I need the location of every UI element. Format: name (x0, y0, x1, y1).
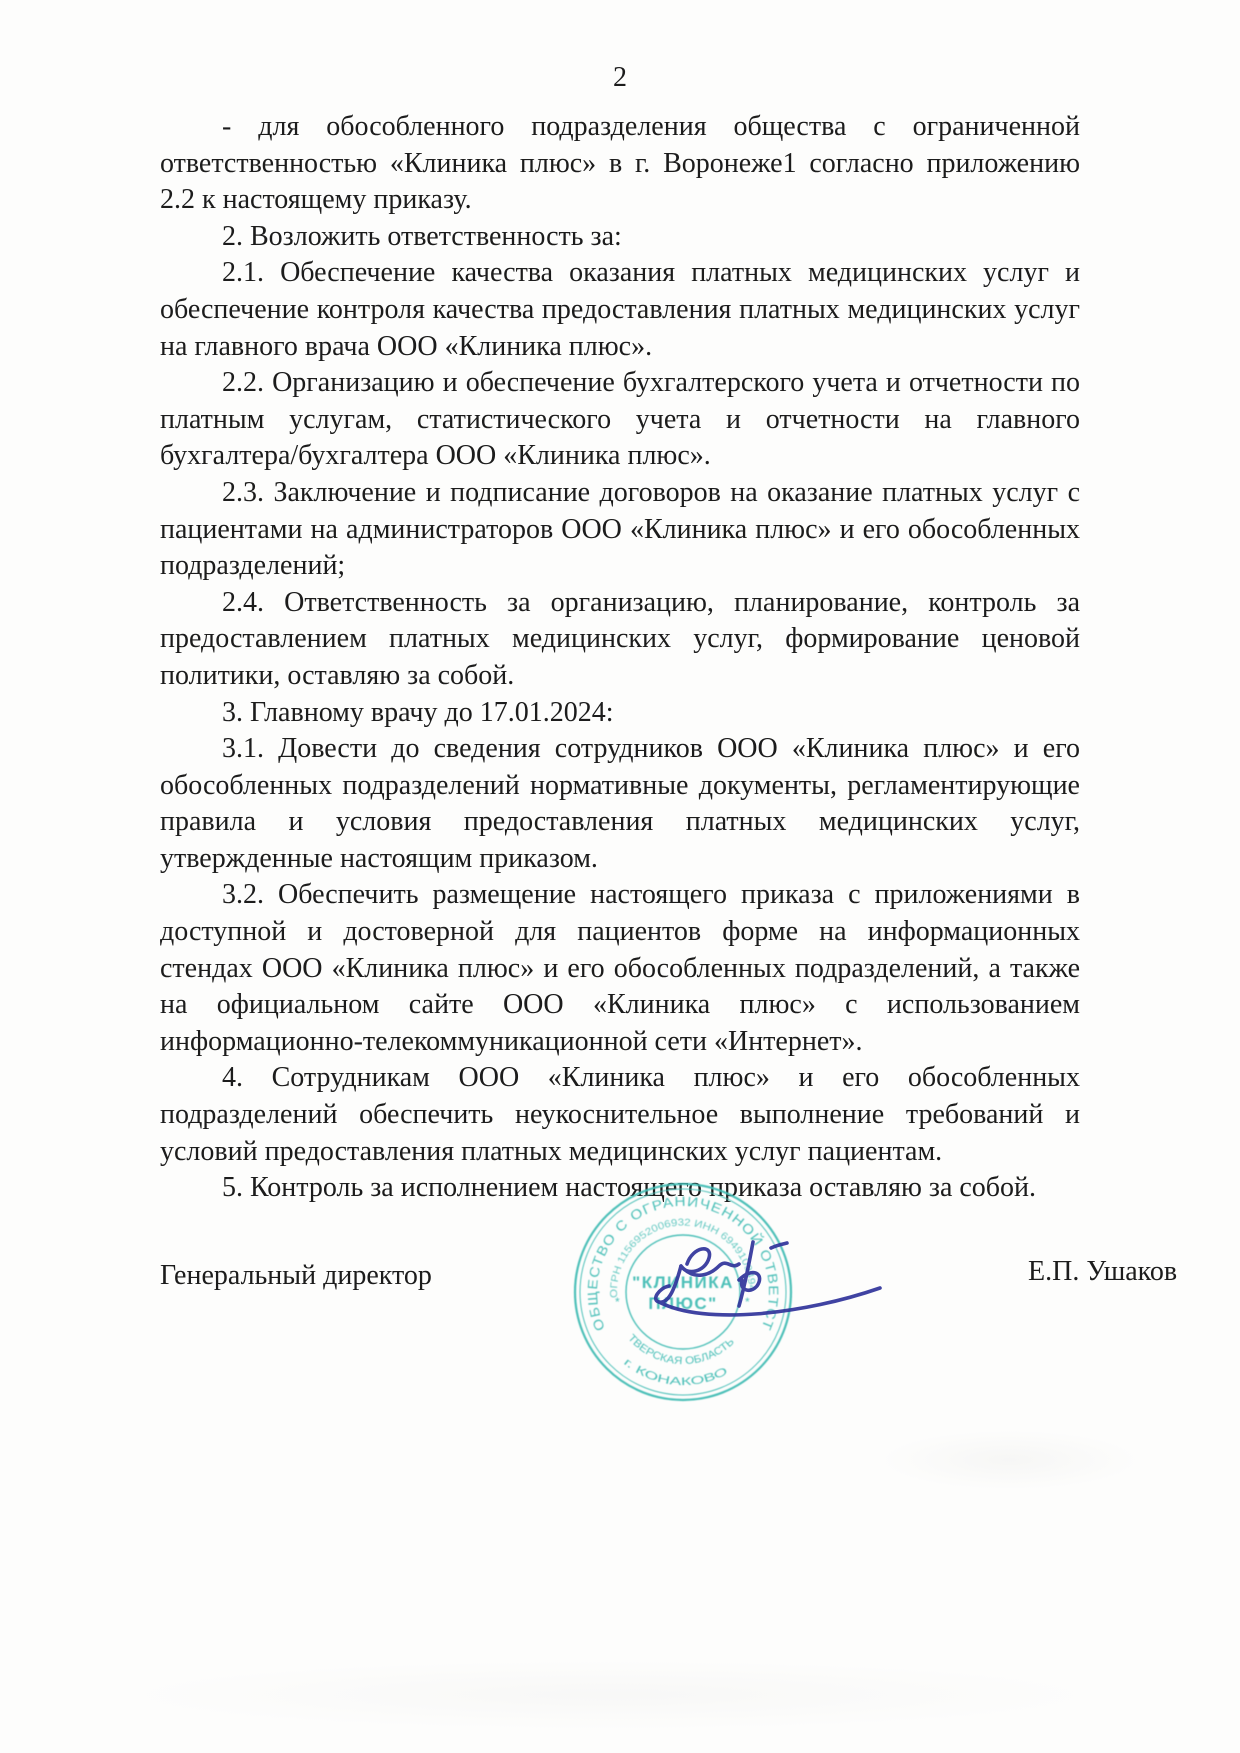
signature-strokes (656, 1242, 880, 1315)
scan-smudge (880, 1430, 1140, 1490)
paragraph: 3.1. Довести до сведения сотрудников ООО… (160, 731, 1080, 877)
signature-stroke (681, 1263, 739, 1275)
paragraph: - для обособленного подразделения общест… (160, 109, 1080, 219)
paragraph: 2.2. Организацию и обеспечение бухгалтер… (160, 365, 1080, 475)
paragraph: 3.2. Обеспечить размещение настоящего пр… (160, 877, 1080, 1060)
document-body: - для обособленного подразделения общест… (160, 109, 1080, 1207)
scan-smudge (120, 1660, 1100, 1730)
signature-stroke (739, 1273, 760, 1291)
paragraph: 2.4. Ответственность за организацию, пла… (160, 585, 1080, 695)
paragraph: 2.1. Обеспечение качества оказания платн… (160, 255, 1080, 365)
handwritten-signature (635, 1230, 925, 1345)
paragraph: 3. Главному врачу до 17.01.2024: (160, 695, 1080, 732)
signer-name: Е.П. Ушаков (1028, 1256, 1177, 1288)
document-page: 2 - для обособленного подразделения обще… (0, 0, 1240, 1753)
signature-stroke (659, 1288, 880, 1315)
signer-role-label: Генеральный директор (160, 1260, 432, 1292)
paragraph: 2. Возложить ответственность за: (160, 219, 1080, 256)
signature-stroke (771, 1243, 787, 1248)
paragraph: 2.3. Заключение и подписание договоров н… (160, 475, 1080, 585)
stamp-separator-left: * (615, 1295, 620, 1309)
paragraph: 4. Сотрудникам ООО «Клиника плюс» и его … (160, 1060, 1080, 1170)
page-number: 2 (160, 62, 1080, 94)
